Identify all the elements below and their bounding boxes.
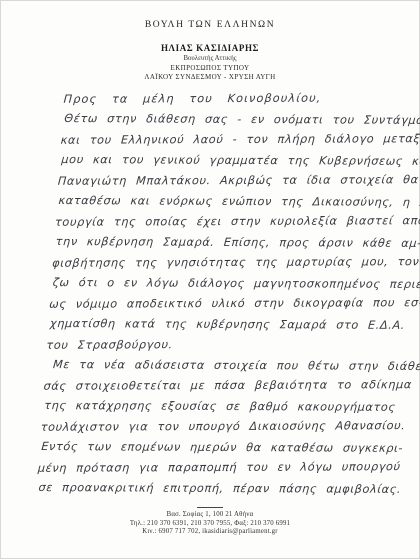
handwriting-line: ζω ότι ο εν λόγω διάλογος μαγνητοσκοπημέ…	[52, 273, 420, 295]
handwriting-line: σε προανακριτική επιτροπή, πέραν πάσης α…	[38, 478, 411, 500]
handwriting-line: σάς στοιχειοθετείται με πάσα βεβαιότητα …	[43, 375, 416, 397]
footer-phones: Τηλ.: 210 370 6391, 210 370 7955, Φαξ: 2…	[0, 520, 420, 528]
letterhead: ΒΟΥΛΗ ΤΩΝ ΕΛΛΗΝΩΝ ΗΛΙΑΣ ΚΑΣΙΔΙΑΡΗΣ Βουλε…	[0, 20, 420, 81]
handwriting-line: τουλάχιστον για τον υπουργό Δικαιοσύνης …	[40, 416, 413, 438]
handwriting-line: της κατάχρησης εξουσίας σε βαθμό κακουργ…	[43, 396, 416, 418]
handwriting-line: χηματίσθη κατά της κυβέρνησης Σαμαρά στο…	[49, 314, 420, 336]
letterhead-role-line2: ΛΑΪΚΟΥ ΣΥΝΔΕΣΜΟΥ - ΧΡΥΣΗ ΑΥΓΗ	[0, 73, 420, 81]
handwriting-line: Εντός των επομένων ημερών θα καταθέσω συ…	[41, 437, 414, 459]
handwriting-line: Παναγιώτη Μπαλτάκου. Ακριβώς τα ίδια στο…	[57, 170, 420, 192]
letterhead-institution: ΒΟΥΛΗ ΤΩΝ ΕΛΛΗΝΩΝ	[0, 20, 420, 30]
letterhead-author-title: Βουλευτής Αττικής	[0, 55, 420, 62]
letterhead-role-line1: ΕΚΠΡΟΣΩΠΟΣ ΤΥΠΟΥ	[0, 64, 420, 72]
handwriting-line: την κυβέρνηση Σαμαρά. Επίσης, προς άρσιν…	[55, 232, 420, 254]
handwriting-line: μου και του γενικού γραμματέα της Κυβερν…	[61, 150, 420, 172]
handwriting-line: και του Ελληνικού λαού - τον πλήρη διάλο…	[60, 129, 420, 151]
handwriting-line: ως νόμιμο αποδεικτικό υλικό στην δικογρα…	[49, 293, 420, 315]
footer-contact-block: Βασ. Σοφίας 1, 100 21 Αθήνα Τηλ.: 210 37…	[0, 507, 420, 536]
handwriting-line: μένη πρόταση για παραπομπή του εν λόγω υ…	[37, 457, 410, 479]
salutation-line: Προς τα μέλη του Κοινοβουλίου,	[63, 88, 420, 110]
handwriting-line: τουργία της οποίας έχει στην κυριολεξία …	[54, 211, 420, 233]
handwriting-line: καταθέσω και ενόρκως ενώπιον της Δικαιοσ…	[58, 191, 420, 213]
handwriting-line: φισβήτησης της γνησιότητας της μαρτυρίας…	[51, 252, 420, 274]
handwriting-line: Θέτω στην διάθεση σας - εν ονόματι του Σ…	[63, 109, 420, 131]
letterhead-author-name: ΗΛΙΑΣ ΚΑΣΙΔΙΑΡΗΣ	[0, 43, 420, 53]
footer-mobile-email: Κιν.: 6907 717 702, ikasidiaris@parliame…	[0, 528, 420, 536]
handwritten-body: Προς τα μέλη του Κοινοβουλίου, Θέτω στην…	[36, 89, 420, 499]
handwriting-line: του Στρασβούργου.	[46, 334, 419, 356]
scanned-letter-page: ΒΟΥΛΗ ΤΩΝ ΕΛΛΗΝΩΝ ΗΛΙΑΣ ΚΑΣΙΔΙΑΡΗΣ Βουλε…	[0, 0, 420, 559]
handwriting-line: Με τα νέα αδιάσειστα στοιχεία που θέτω σ…	[46, 355, 419, 377]
footer-divider	[197, 507, 223, 508]
footer-address: Βασ. Σοφίας 1, 100 21 Αθήνα	[0, 511, 420, 519]
